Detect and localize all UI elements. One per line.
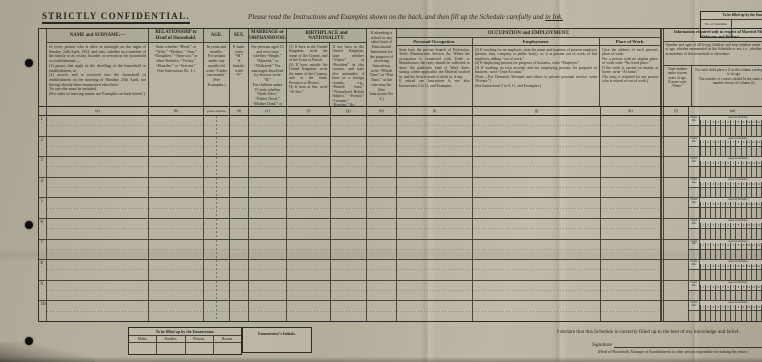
row-number-cell: 5 (39, 198, 47, 218)
sex-column-instructions: If male, write “M.” If female, write “F.… (230, 43, 248, 106)
personal-occupation-cell (397, 157, 473, 177)
education-cell (367, 240, 397, 260)
sex-cell (230, 281, 249, 301)
birthplace-cell (287, 301, 331, 321)
birthplace-cell (287, 137, 331, 157)
letter-cell: (h) (367, 107, 397, 115)
birthplace-instructions: (1) If born in the United Kingdom, write… (287, 43, 329, 106)
name-cell (47, 260, 149, 280)
birthplace-cell (287, 219, 331, 239)
age-grid-box (689, 208, 700, 218)
marriage-cell (249, 219, 287, 239)
nationality-cell (331, 157, 367, 177)
children-total-instructions: Total number under sixteen years of age.… (664, 66, 692, 106)
place-of-work-cell (601, 281, 661, 301)
declaration-text: I declare that this Schedule is correctl… (557, 329, 740, 335)
age-grid-numbers: 123456789101112131415 (700, 264, 762, 269)
age-grid-under-one-label: Under One (689, 219, 700, 228)
children-section-header: Information required only in respect of … (661, 29, 762, 106)
employment-cell (473, 219, 601, 239)
letter-cell (39, 107, 47, 115)
relationship-column-title: RELATIONSHIP to Head of Household. (149, 29, 203, 43)
sex-cell (230, 260, 249, 280)
marriage-column-title: MARRIAGE or ORPHANHOOD. (249, 29, 286, 43)
age-grid-header-right: Age last birthday.123456789101112131415 (700, 116, 762, 125)
age-grid-header-right: Age last birthday.123456789101112131415 (700, 219, 762, 228)
birthplace-cell (287, 198, 331, 218)
punch-hole (25, 59, 33, 67)
age-grid-boxes (689, 126, 762, 136)
age-grid-cell: Under OneAge last birthday.1234567891011… (689, 198, 762, 218)
personal-occupation-cell (397, 137, 473, 157)
sex-cell (230, 137, 249, 157)
children-section-title: Information required only in respect of … (664, 29, 762, 42)
age-grid-cell: Under OneAge last birthday.1234567891011… (689, 137, 762, 157)
age-grid-cell: Under OneAge last birthday.1234567891011… (689, 219, 762, 239)
place-of-work-cell (601, 198, 661, 218)
age-grid-header: Under OneAge last birthday.1234567891011… (689, 116, 762, 126)
place-of-work-title: Place of Work. (600, 38, 660, 46)
children-section-subtitle: Number and ages of all living children a… (664, 42, 762, 66)
instruction-text: Please read the Instructions and Example… (248, 13, 545, 21)
name-cell (47, 219, 149, 239)
age-grid-under-one-label: Under One (689, 157, 700, 166)
personal-occupation-cell (397, 116, 473, 136)
paper-edge-shadow (0, 357, 762, 362)
row-number-cell: 7 (39, 240, 47, 260)
age-cell (204, 240, 230, 260)
age-grid-box (689, 167, 700, 177)
employment-cell (473, 281, 601, 301)
age-cell (204, 281, 230, 301)
age-grid-under-one-label: Under One (689, 301, 700, 310)
birthplace-cell (287, 281, 331, 301)
enumerator-box-column-label: Persons. (186, 336, 213, 343)
place-of-work-instructions: Give the address of each person's place … (600, 46, 660, 106)
marriage-cell (249, 137, 287, 157)
total-children-cell (661, 157, 689, 177)
age-grid-cell: Under OneAge last birthday.1234567891011… (689, 178, 762, 198)
enumerator-box-column: Females. (157, 336, 185, 354)
place-of-work-cell (601, 157, 661, 177)
birthplace-cell (287, 116, 331, 136)
name-column-title: NAME and SURNAME:— (47, 29, 148, 43)
marriage-cell (249, 301, 287, 321)
age-grid-numbers: 123456789101112131415 (700, 120, 762, 125)
education-column-instructions: If attending a school or any other kind … (367, 29, 396, 106)
education-cell (367, 198, 397, 218)
personal-occupation-cell (397, 301, 473, 321)
enumerator-box-column: Persons. (186, 336, 214, 354)
birthplace-nationality-subcolumns: (1) If born in the United Kingdom, write… (287, 43, 366, 106)
age-grid-numbers: 123456789101112131415 (700, 285, 762, 290)
age-cell (204, 157, 230, 177)
place-of-work-cell (601, 219, 661, 239)
occupation-employment-group-title: OCCUPATION and EMPLOYMENT. (397, 29, 660, 38)
birthplace-nationality-group-header: BIRTHPLACE and NATIONALITY. (1) If born … (287, 29, 367, 106)
letter-cell: (l) (661, 107, 689, 115)
enumerator-box-column-label: Females. (157, 336, 184, 343)
enumerator-box-column: Males. (129, 336, 157, 354)
name-cell (47, 240, 149, 260)
table-row: 3Under OneAge last birthday.123456789101… (39, 157, 762, 178)
column-letters-row: (a) (b) years. months. (d) (e) (f) (g) (… (39, 107, 762, 116)
age-grid-header: Under OneAge last birthday.1234567891011… (689, 178, 762, 188)
age-cell (204, 301, 230, 321)
occupation-employment-group-header: OCCUPATION and EMPLOYMENT. Personal Occu… (397, 29, 661, 106)
birthplace-nationality-group-title: BIRTHPLACE and NATIONALITY. (287, 29, 366, 43)
age-grid-cell: Under OneAge last birthday.1234567891011… (689, 281, 762, 301)
birthplace-subcolumn: (1) If born in the United Kingdom, write… (287, 43, 330, 106)
age-grid-header-right: Age last birthday.123456789101112131415 (700, 157, 762, 166)
age-grid-numbers: 123456789101112131415 (700, 243, 762, 248)
table-row: 10Under OneAge last birthday.12345678910… (39, 301, 762, 321)
row-number-cell: 4 (39, 178, 47, 198)
age-grid-under-one-label: Under One (689, 137, 700, 146)
age-grid-numbers: 123456789101112131415 (700, 305, 762, 310)
education-column-header: If attending a school or any other kind … (367, 29, 397, 106)
confidential-heading: STRICTLY CONFIDENTIAL. (42, 11, 190, 24)
letter-cell: (i) (397, 107, 473, 115)
personal-occupation-instructions: State here the precise branch of Profess… (397, 46, 472, 106)
marriage-cell (249, 260, 287, 280)
letter-cell: (b) (149, 107, 204, 115)
sex-cell (230, 198, 249, 218)
nationality-cell (331, 137, 367, 157)
row-number-cell: 3 (39, 157, 47, 177)
total-children-cell (661, 116, 689, 136)
letter-cell: (j) (473, 107, 601, 115)
age-grid-box (689, 291, 700, 301)
employment-cell (473, 198, 601, 218)
marriage-cell (249, 116, 287, 136)
age-grid-under-one-label: Under One (689, 116, 700, 125)
sex-column-header: SEX. If male, write “M.” If female, writ… (230, 29, 249, 106)
table-row: 1Under OneAge last birthday.123456789101… (39, 116, 762, 137)
age-cell (204, 219, 230, 239)
letter-cell: (m) (689, 107, 762, 115)
signature-label: Signature (592, 342, 612, 348)
sex-cell (230, 178, 249, 198)
total-children-cell (661, 219, 689, 239)
employment-cell (473, 240, 601, 260)
total-children-cell (661, 198, 689, 218)
age-grid-header: Under OneAge last birthday.1234567891011… (689, 137, 762, 147)
age-grid-header: Under OneAge last birthday.1234567891011… (689, 219, 762, 229)
age-grid-cell: Under OneAge last birthday.1234567891011… (689, 157, 762, 177)
age-grid-boxes (689, 167, 762, 177)
table-row: 4Under OneAge last birthday.123456789101… (39, 178, 762, 199)
education-cell (367, 157, 397, 177)
age-grid-box (689, 126, 700, 136)
age-grid-under-one-label: Under One (689, 178, 700, 187)
age-subheader-cell: years. months. (204, 107, 230, 115)
age-grid-boxes (689, 311, 762, 321)
age-grid-header-right: Age last birthday.123456789101112131415 (700, 301, 762, 310)
age-grid-numbers: 123456789101112131415 (700, 223, 762, 228)
age-column-instructions: In years and months. For infants under o… (204, 43, 229, 106)
nationality-cell (331, 116, 367, 136)
letter-cell: (a) (47, 107, 149, 115)
place-of-work-cell (601, 240, 661, 260)
letter-cell: (g) (331, 107, 367, 115)
personal-occupation-cell (397, 198, 473, 218)
age-grid-header: Under OneAge last birthday.1234567891011… (689, 240, 762, 250)
punch-hole (25, 221, 33, 229)
employment-cell (473, 178, 601, 198)
age-grid-boxes (689, 270, 762, 280)
sex-cell (230, 157, 249, 177)
age-grid-cell: Under OneAge last birthday.1234567891011… (689, 240, 762, 260)
name-column-header: NAME and SURNAME:— of every person who i… (47, 29, 149, 106)
letter-cell: (f) (287, 107, 331, 115)
birthplace-cell (287, 178, 331, 198)
relationship-cell (149, 301, 204, 321)
row-number-cell: 10 (39, 301, 47, 321)
punch-hole (25, 337, 33, 345)
age-grid-under-one-label: Under One (689, 240, 700, 249)
age-grid-numbers: 123456789101112131415 (700, 161, 762, 166)
census-schedule-scan: STRICTLY CONFIDENTIAL. Please read the I… (0, 0, 762, 362)
age-grid-under-one-label: Under One (689, 198, 700, 207)
place-of-work-cell (601, 116, 661, 136)
relationship-cell (149, 219, 204, 239)
enumerator-box-columns: Males.Females.Persons.Rooms. (129, 336, 241, 354)
personal-occupation-cell (397, 260, 473, 280)
occupation-employment-subcolumns: Personal Occupation. State here the prec… (397, 38, 660, 106)
employment-cell (473, 137, 601, 157)
personal-occupation-title: Personal Occupation. (397, 38, 472, 46)
age-grid-header: Under OneAge last birthday.1234567891011… (689, 157, 762, 167)
table-row: 8Under OneAge last birthday.123456789101… (39, 260, 762, 281)
age-grid-box (689, 147, 700, 157)
education-cell (367, 260, 397, 280)
marriage-cell (249, 281, 287, 301)
name-cell (47, 281, 149, 301)
table-row: 5Under OneAge last birthday.123456789101… (39, 198, 762, 219)
enumerator-box-column: Rooms. (214, 336, 241, 354)
letter-cell: (d) (230, 107, 249, 115)
relationship-cell (149, 260, 204, 280)
fill-in-ink-instruction: Please read the Instructions and Example… (248, 13, 563, 21)
enumerator-box-column-blank (129, 343, 156, 354)
sex-cell (230, 116, 249, 136)
age-grid-cell: Under OneAge last birthday.1234567891011… (689, 301, 762, 321)
nationality-cell (331, 301, 367, 321)
education-cell (367, 178, 397, 198)
age-grid-header-right: Age last birthday.123456789101112131415 (700, 240, 762, 249)
age-grid-boxes (689, 208, 762, 218)
place-of-work-cell (601, 137, 661, 157)
nationality-instructions: If not born in the United Kingdom, state… (330, 43, 366, 106)
enumerator-box-column-blank (186, 343, 213, 354)
relationship-cell (149, 137, 204, 157)
age-grid-header: Under OneAge last birthday.1234567891011… (689, 198, 762, 208)
instruction-in-ink: in Ink. (545, 13, 563, 21)
table-row: 7Under OneAge last birthday.123456789101… (39, 240, 762, 261)
age-cell (204, 116, 230, 136)
personal-occupation-cell (397, 240, 473, 260)
relationship-column-instructions: State whether “Head,” or “Wife,” “Mother… (149, 43, 203, 106)
name-cell (47, 116, 149, 136)
age-grid-header-right: Age last birthday.123456789101112131415 (700, 178, 762, 187)
schedule-table: NAME and SURNAME:— of every person who i… (38, 28, 762, 322)
nationality-cell (331, 281, 367, 301)
birthplace-cell (287, 240, 331, 260)
place-of-work-cell (601, 301, 661, 321)
age-grid-box (689, 229, 700, 239)
relationship-cell (149, 281, 204, 301)
nationality-cell (331, 240, 367, 260)
employment-subcolumn: Employment. (1) If working for an employ… (473, 38, 601, 106)
name-cell (47, 137, 149, 157)
age-grid-boxes (689, 250, 762, 260)
total-children-cell (661, 178, 689, 198)
age-grid-header-right: Age last birthday.123456789101112131415 (700, 260, 762, 269)
enumerator-box-column-label: Rooms. (214, 336, 241, 343)
education-cell (367, 219, 397, 239)
total-children-cell (661, 240, 689, 260)
employment-cell (473, 116, 601, 136)
birthplace-cell (287, 260, 331, 280)
personal-occupation-subcolumn: Personal Occupation. State here the prec… (397, 38, 473, 106)
age-grid-box (689, 270, 700, 280)
row-number-cell: 6 (39, 219, 47, 239)
place-of-work-cell (601, 260, 661, 280)
employment-cell (473, 260, 601, 280)
employment-cell (473, 301, 601, 321)
sex-cell (230, 240, 249, 260)
place-of-work-subcolumn: Place of Work. Give the address of each … (600, 38, 660, 106)
enumerator-totals-box: To be filled up by the Enumerator. Males… (128, 327, 242, 355)
total-children-cell (661, 281, 689, 301)
marriage-cell (249, 157, 287, 177)
marriage-column-header: MARRIAGE or ORPHANHOOD. For persons aged… (249, 29, 287, 106)
letter-cell: (k) (601, 107, 661, 115)
personal-occupation-cell (397, 178, 473, 198)
total-children-cell (661, 301, 689, 321)
age-grid-numbers: 123456789101112131415 (700, 140, 762, 145)
nationality-cell (331, 198, 367, 218)
age-grid-numbers: 123456789101112131415 (700, 182, 762, 187)
name-cell (47, 301, 149, 321)
relationship-cell (149, 198, 204, 218)
marriage-cell (249, 240, 287, 260)
nationality-subcolumn: If not born in the United Kingdom, state… (330, 43, 366, 106)
sex-cell (230, 301, 249, 321)
sex-column-title: SEX. (230, 29, 248, 43)
children-grid-instructions: For each child place a X in the column c… (692, 66, 762, 106)
table-row: 2Under OneAge last birthday.123456789101… (39, 137, 762, 158)
table-body: 1Under OneAge last birthday.123456789101… (39, 116, 762, 321)
age-grid-header: Under OneAge last birthday.1234567891011… (689, 260, 762, 270)
age-grid-numbers: 123456789101112131415 (700, 202, 762, 207)
nationality-cell (331, 219, 367, 239)
enumerator-box-column-label: Males. (129, 336, 156, 343)
sex-cell (230, 219, 249, 239)
age-grid-boxes (689, 291, 762, 301)
age-grid-under-one-label: Under One (689, 260, 700, 269)
name-cell (47, 178, 149, 198)
schedule-number-box-title: To be filled up by the Enumerator. (701, 12, 762, 20)
nationality-cell (331, 178, 367, 198)
age-grid-boxes (689, 147, 762, 157)
relationship-column-header: RELATIONSHIP to Head of Household. State… (149, 29, 204, 106)
relationship-cell (149, 116, 204, 136)
row-number-cell: 9 (39, 281, 47, 301)
table-row: 9Under OneAge last birthday.123456789101… (39, 281, 762, 302)
age-grid-cell: Under OneAge last birthday.1234567891011… (689, 260, 762, 280)
marriage-cell (249, 178, 287, 198)
signature-row: Signature (592, 341, 762, 348)
row-number-column-header (39, 29, 47, 106)
row-number-cell: 1 (39, 116, 47, 136)
employment-cell (473, 157, 601, 177)
enumerator-box-column-blank (214, 343, 241, 354)
signature-note: (Head of Household, Manager of Establish… (598, 350, 748, 354)
enumerator-box-column-blank (157, 343, 184, 354)
table-header: NAME and SURNAME:— of every person who i… (39, 29, 762, 107)
personal-occupation-cell (397, 219, 473, 239)
name-cell (47, 198, 149, 218)
age-cell (204, 198, 230, 218)
age-grid-under-one-label: Under One (689, 281, 700, 290)
age-grid-cell: Under OneAge last birthday.1234567891011… (689, 116, 762, 136)
children-subcolumns: Total number under sixteen years of age.… (664, 66, 762, 106)
age-cell (204, 260, 230, 280)
age-grid-boxes (689, 229, 762, 239)
marriage-cell (249, 198, 287, 218)
age-grid-header: Under OneAge last birthday.1234567891011… (689, 281, 762, 291)
table-row: 6Under OneAge last birthday.123456789101… (39, 219, 762, 240)
paper-corner-shadow (0, 342, 95, 362)
age-column-title: AGE. (204, 29, 229, 43)
marriage-column-instructions: For persons aged 15 and over state wheth… (249, 43, 286, 106)
age-grid-header-right: Age last birthday.123456789101112131415 (700, 137, 762, 146)
education-cell (367, 137, 397, 157)
age-cell (204, 137, 230, 157)
enumerator-initials-box: Enumerator's Initials. (242, 327, 312, 353)
nationality-cell (331, 260, 367, 280)
age-cell (204, 178, 230, 198)
employment-instructions: (1) If working for an employer, state th… (473, 46, 600, 106)
row-number-cell: 2 (39, 137, 47, 157)
education-cell (367, 116, 397, 136)
age-grid-box (689, 188, 700, 198)
personal-occupation-cell (397, 281, 473, 301)
row-number-cell: 8 (39, 260, 47, 280)
age-grid-box (689, 250, 700, 260)
relationship-cell (149, 157, 204, 177)
enumerator-box-title: To be filled up by the Enumerator. (129, 328, 241, 336)
age-grid-header: Under OneAge last birthday.1234567891011… (689, 301, 762, 311)
total-children-cell (661, 137, 689, 157)
relationship-cell (149, 240, 204, 260)
age-grid-header-right: Age last birthday.123456789101112131415 (700, 198, 762, 207)
age-grid-box (689, 311, 700, 321)
age-grid-boxes (689, 188, 762, 198)
relationship-cell (149, 178, 204, 198)
age-grid-header-right: Age last birthday.123456789101112131415 (700, 281, 762, 290)
age-column-header: AGE. In years and months. For infants un… (204, 29, 230, 106)
employment-title: Employment. (473, 38, 600, 46)
name-cell (47, 157, 149, 177)
signature-line (614, 341, 762, 348)
education-cell (367, 301, 397, 321)
education-cell (367, 281, 397, 301)
letter-cell: (e) (249, 107, 287, 115)
place-of-work-cell (601, 178, 661, 198)
